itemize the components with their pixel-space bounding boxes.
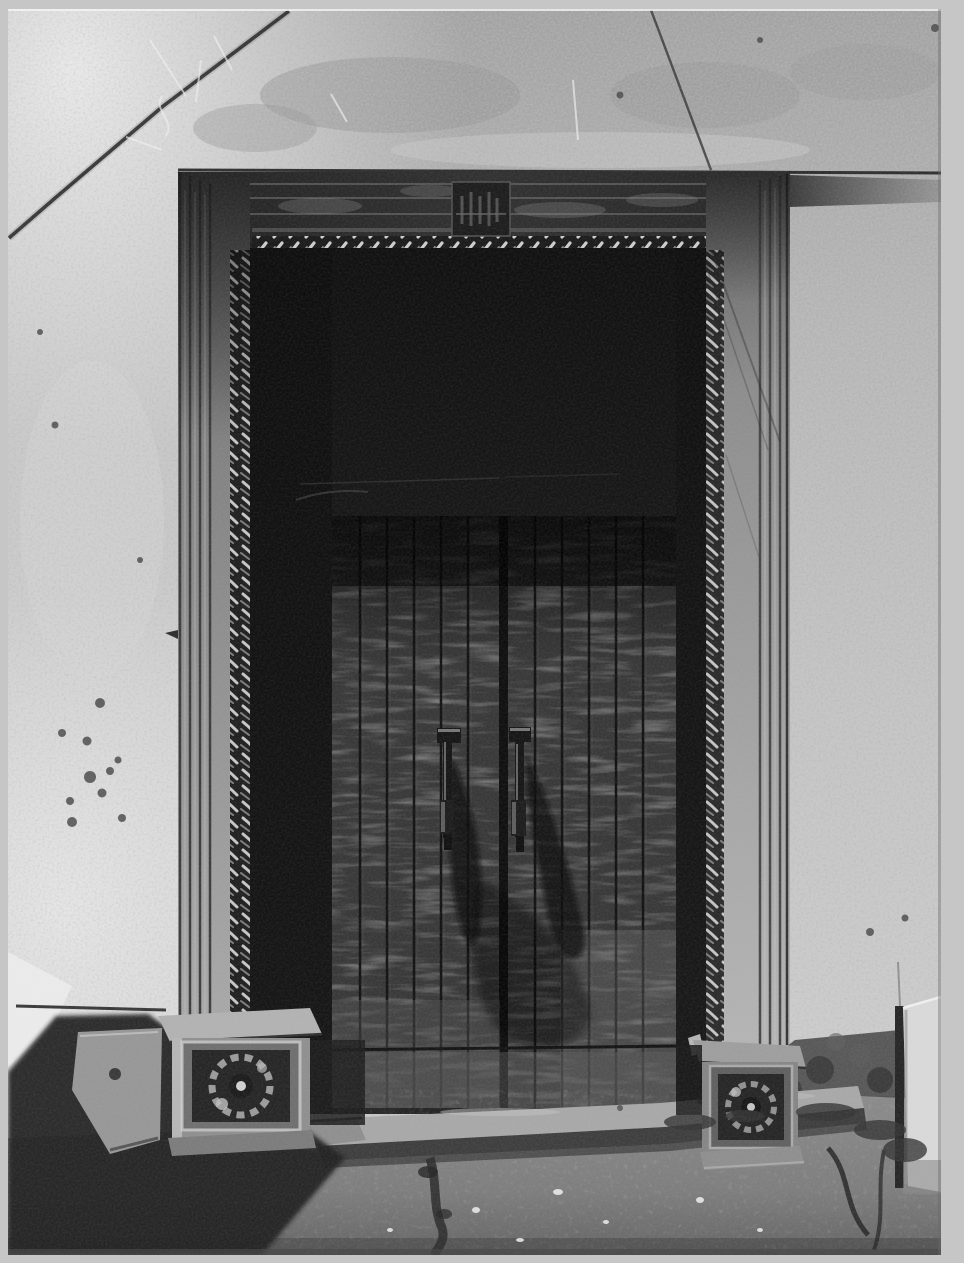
photo-svg: [0, 0, 964, 1263]
photo-edge-bottom: [8, 1249, 941, 1255]
photo-edge-right: [938, 9, 941, 1255]
photo-edge-top: [8, 9, 941, 11]
photo-grain: [8, 9, 941, 1255]
scanned-photograph: [0, 0, 964, 1263]
